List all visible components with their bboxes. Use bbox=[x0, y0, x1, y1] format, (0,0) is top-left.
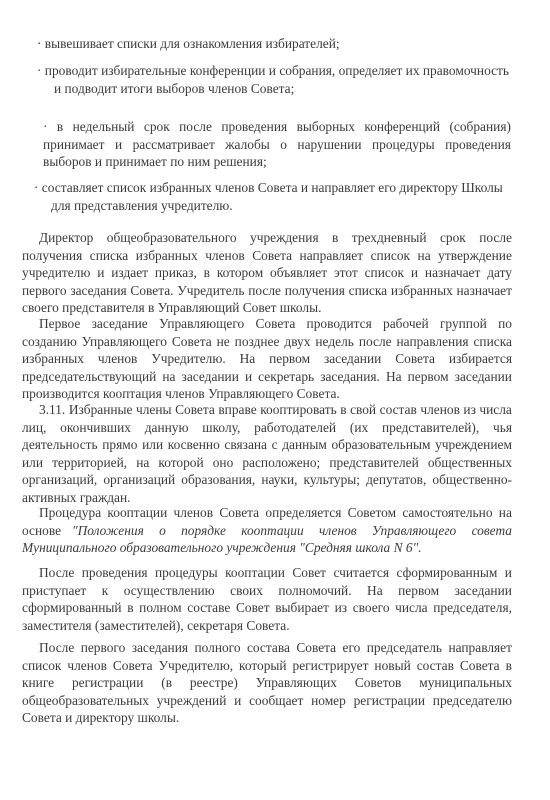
text-line: сформированныйвполномсоставеСоветвыбирае… bbox=[22, 599, 512, 617]
text-line: Совета и директору школы. bbox=[22, 709, 512, 727]
text-line: избранныхчленовУчредителю.Напервомзаседа… bbox=[22, 350, 512, 368]
text-line: первогозаседанияСовета.Учредительпослепо… bbox=[22, 282, 512, 300]
bullet-item-4: · составляет список избранных членов Сов… bbox=[34, 179, 514, 214]
paragraph-3-11: 3.11.ИзбранныечленыСоветавправекооптиров… bbox=[22, 401, 512, 507]
text-line: списокчленовСоветаУчредителю,которыйреги… bbox=[22, 657, 512, 675]
text-line: общеобразовательныхучрежденийисообщаетно… bbox=[22, 692, 512, 710]
text-line: организаций,организацийобразования,науки… bbox=[22, 471, 512, 489]
text-line: приступаеткосуществлениюсвоихполномочий.… bbox=[22, 582, 512, 600]
text-line: лиц,окончившихданнуюшколу,работодателей(… bbox=[22, 419, 512, 437]
regulation-title-italic: "ПоложенияопорядкекооптациичленовУправля… bbox=[72, 522, 512, 540]
paragraph-registration: ПослепервогозаседанияполногосоставаСовет… bbox=[22, 639, 512, 727]
paragraph-director: Директоробщеобразовательногоучреждениявт… bbox=[22, 229, 512, 317]
paragraph-council-formed: ПослепроведенияпроцедурыкооптацииСоветсч… bbox=[22, 564, 512, 634]
text-line: 3.11.ИзбранныечленыСоветавправекооптиров… bbox=[22, 401, 512, 419]
regulation-title-italic-cont: Муниципального образовательного учрежден… bbox=[22, 539, 512, 557]
text-line: для представления учредителю. bbox=[34, 197, 514, 215]
text-line: ПервоезаседаниеУправляющегоСоветапроводи… bbox=[22, 315, 512, 333]
text-line: ·внедельныйсрокпослепроведениявыборныхко… bbox=[43, 118, 511, 136]
text-line: учредителюииздаетприказ,вкоторомобъявляе… bbox=[22, 264, 512, 282]
paragraph-first-meeting: ПервоезаседаниеУправляющегоСоветапроводи… bbox=[22, 315, 512, 403]
text-line: и подводит итоги выборов членов Совета; bbox=[37, 80, 517, 98]
text-line: илитерриторией,накоторойонорасположено;п… bbox=[22, 454, 512, 472]
text-line: заместителя (заместителей), секретаря Со… bbox=[22, 617, 512, 635]
text-line: деятельностьпрямоиликосвенносвязанасданн… bbox=[22, 436, 512, 454]
text-line: · составляет список избранных членов Сов… bbox=[34, 179, 514, 197]
bullet-item-1: · вывешивает списки для ознакомления изб… bbox=[37, 35, 517, 53]
text-fragment: основе bbox=[22, 522, 61, 540]
text-line: · вывешивает списки для ознакомления изб… bbox=[37, 35, 517, 53]
text-line: выборов и принимает по ним решения; bbox=[43, 153, 511, 171]
document-page: · вывешивает списки для ознакомления изб… bbox=[0, 0, 550, 800]
text-line: основе "Положенияопорядкекооптациичленов… bbox=[22, 522, 512, 540]
text-line: полученияспискаизбранныхчленовСоветанапр… bbox=[22, 247, 512, 265]
text-line: ПослепроведенияпроцедурыкооптацииСоветсч… bbox=[22, 564, 512, 582]
text-line: ПослепервогозаседанияполногосоставаСовет… bbox=[22, 639, 512, 657]
bullet-item-2: · проводит избирательные конференции и с… bbox=[37, 62, 517, 97]
text-line: Директоробщеобразовательногоучреждениявт… bbox=[22, 229, 512, 247]
text-line: председательствующийназаседанииисекретар… bbox=[22, 368, 512, 386]
text-line: созданиюУправляющегоСоветанепозднеедвухн… bbox=[22, 333, 512, 351]
bullet-item-3: ·внедельныйсрокпослепроведениявыборныхко… bbox=[43, 118, 511, 171]
text-line: книгерегистрации(вреестре)УправляющихСов… bbox=[22, 674, 512, 692]
text-line: принимаетирассматриваетжалобыонарушениип… bbox=[43, 136, 511, 154]
text-line: · проводит избирательные конференции и с… bbox=[37, 62, 517, 80]
paragraph-cooptation-procedure: ПроцедуракооптациичленовСоветаопределяет… bbox=[22, 504, 512, 557]
text-line: ПроцедуракооптациичленовСоветаопределяет… bbox=[22, 504, 512, 522]
